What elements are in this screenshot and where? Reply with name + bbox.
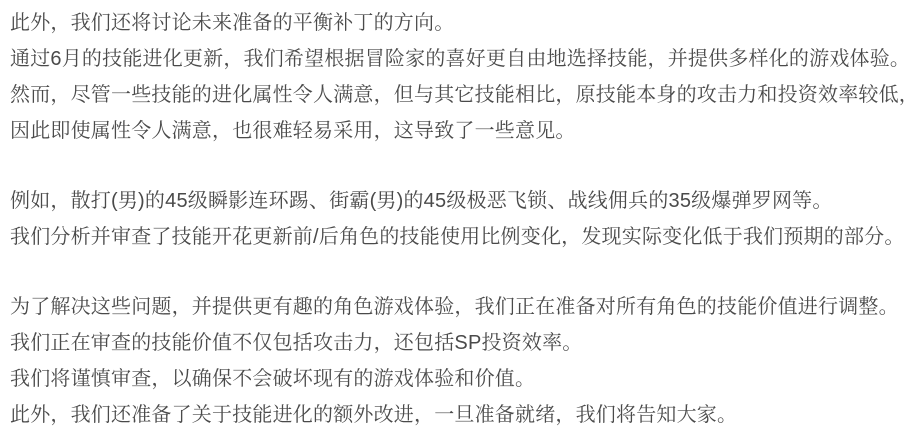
- paragraph: 此外，我们还将讨论未来准备的平衡补丁的方向。 通过6月的技能进化更新，我们希望根…: [10, 5, 910, 149]
- paragraph: 为了解决这些问题，并提供更有趣的角色游戏体验，我们正在准备对所有角色的技能价值进…: [10, 289, 910, 433]
- paragraph-line: 例如，散打(男)的45级瞬影连环踢、街霸(男)的45级极恶飞锁、战线佣兵的35级…: [10, 183, 910, 219]
- paragraph-line: 为了解决这些问题，并提供更有趣的角色游戏体验，我们正在准备对所有角色的技能价值进…: [10, 289, 910, 325]
- paragraph-line: 然而，尽管一些技能的进化属性令人满意，但与其它技能相比，原技能本身的攻击力和投资…: [10, 77, 910, 113]
- document-body: 此外，我们还将讨论未来准备的平衡补丁的方向。 通过6月的技能进化更新，我们希望根…: [0, 0, 918, 433]
- paragraph-line: 通过6月的技能进化更新，我们希望根据冒险家的喜好更自由地选择技能，并提供多样化的…: [10, 41, 910, 77]
- paragraph: 例如，散打(男)的45级瞬影连环踢、街霸(男)的45级极恶飞锁、战线佣兵的35级…: [10, 183, 910, 255]
- paragraph-line: 此外，我们还准备了关于技能进化的额外改进，一旦准备就绪，我们将告知大家。: [10, 397, 910, 433]
- paragraph-line: 我们将谨慎审查，以确保不会破坏现有的游戏体验和价值。: [10, 361, 910, 397]
- paragraph-line: 我们正在审查的技能价值不仅包括攻击力，还包括SP投资效率。: [10, 325, 910, 361]
- paragraph-line: 此外，我们还将讨论未来准备的平衡补丁的方向。: [10, 5, 910, 41]
- paragraph-line: 我们分析并审查了技能开花更新前/后角色的技能使用比例变化，发现实际变化低于我们预…: [10, 219, 910, 255]
- paragraph-line: 因此即使属性令人满意，也很难轻易采用，这导致了一些意见。: [10, 113, 910, 149]
